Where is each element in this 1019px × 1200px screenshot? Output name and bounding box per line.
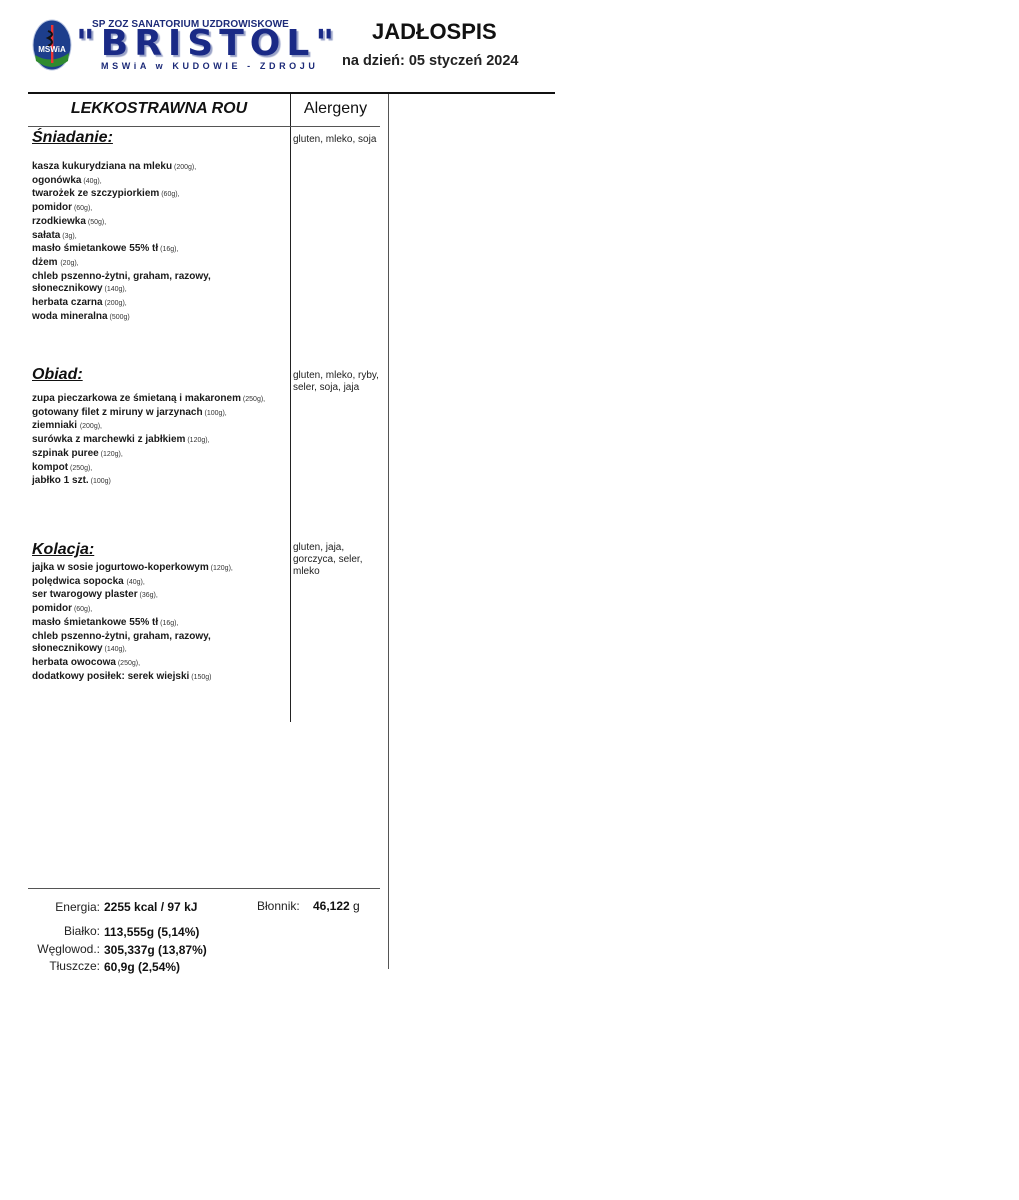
- meal-item: słonecznikowy (140g),: [32, 643, 233, 657]
- meal-item-quantity: (16g),: [158, 246, 178, 253]
- meal-title-lunch: Obiad:: [32, 366, 83, 384]
- allergens-dinner: gluten, jaja, gorczyca, seler, mleko: [293, 542, 379, 578]
- meal-item-quantity: (60g),: [72, 205, 92, 212]
- meal-item-name: gotowany filet z miruny w jarzynach: [32, 407, 203, 418]
- meal-item-quantity: (250g),: [116, 660, 140, 667]
- meal-item: ogonówka (40g),: [32, 175, 211, 189]
- meal-item-name: woda mineralna: [32, 311, 108, 322]
- mswia-emblem-icon: MSWiA: [32, 19, 72, 71]
- meal-item: kompot (250g),: [32, 462, 265, 476]
- meal-item: sałata (3g),: [32, 230, 211, 244]
- allergens-column-header: Alergeny: [291, 100, 380, 118]
- org-name: "BRISTOL": [76, 24, 340, 64]
- meal-item-name: surówka z marchewki z jabłkiem: [32, 434, 185, 445]
- meal-item-quantity: (140g),: [103, 286, 127, 293]
- meal-item: pomidor (60g),: [32, 603, 233, 617]
- meal-title-dinner: Kolacja:: [32, 541, 94, 559]
- meal-item-name: herbata owocowa: [32, 657, 116, 668]
- meal-item: jajka w sosie jogurtowo-koperkowym (120g…: [32, 562, 233, 576]
- meal-item-name: chleb pszenno-żytni, graham, razowy,: [32, 631, 211, 642]
- meal-item-name: dodatkowy posiłek: serek wiejski: [32, 671, 189, 682]
- meal-item-quantity: (500g): [108, 314, 130, 321]
- meal-item-quantity: (250g),: [68, 465, 92, 472]
- meal-item: chleb pszenno-żytni, graham, razowy,: [32, 271, 211, 284]
- fiber-label: Błonnik:: [257, 899, 300, 913]
- meal-item-quantity: (40g),: [126, 579, 144, 586]
- meal-item: szpinak puree (120g),: [32, 448, 265, 462]
- meal-item-name: kasza kukurydziana na mleku: [32, 161, 172, 172]
- nutrition-separator: [28, 888, 380, 889]
- protein-label: Białko:: [64, 924, 100, 938]
- meal-item-name: rzodkiewka: [32, 216, 86, 227]
- meal-item-name: jabłko 1 szt.: [32, 475, 89, 486]
- meal-item-name: jajka w sosie jogurtowo-koperkowym: [32, 562, 209, 573]
- meal-item-quantity: (120g),: [209, 565, 233, 572]
- meal-item: rzodkiewka (50g),: [32, 216, 211, 230]
- meal-item: słonecznikowy (140g),: [32, 283, 211, 297]
- carbs-label: Węglowod.:: [37, 942, 100, 956]
- meal-item-quantity: (200g),: [103, 300, 127, 307]
- meal-item: woda mineralna (500g): [32, 311, 211, 325]
- meal-item-name: pomidor: [32, 202, 72, 213]
- meal-items-dinner: jajka w sosie jogurtowo-koperkowym (120g…: [32, 562, 233, 684]
- meal-item-name: masło śmietankowe 55% tł: [32, 617, 158, 628]
- meal-item-quantity: (100g): [89, 478, 111, 485]
- column-divider: [290, 94, 291, 722]
- meal-item-name: sałata: [32, 230, 60, 241]
- meal-item: zupa pieczarkowa ze śmietaną i makaronem…: [32, 393, 265, 407]
- meal-item: polędwica sopocka (40g),: [32, 576, 233, 590]
- meal-item-name: herbata czarna: [32, 297, 103, 308]
- meal-item-quantity: (16g),: [158, 620, 178, 627]
- meal-item: pomidor (60g),: [32, 202, 211, 216]
- meal-item-quantity: (200g),: [80, 423, 102, 430]
- meal-item-name: dżem: [32, 257, 60, 268]
- meal-item-quantity: (150g): [189, 674, 211, 681]
- meal-item: ser twarogowy plaster (36g),: [32, 589, 233, 603]
- meal-item-quantity: (200g),: [172, 164, 196, 171]
- meal-item-name: ser twarogowy plaster: [32, 589, 138, 600]
- meal-items-lunch: zupa pieczarkowa ze śmietaną i makaronem…: [32, 393, 265, 489]
- meal-item: chleb pszenno-żytni, graham, razowy,: [32, 631, 233, 644]
- svg-text:MSWiA: MSWiA: [38, 45, 66, 54]
- meal-item-quantity: (250g),: [241, 396, 265, 403]
- energy-value: 2255 kcal / 97 kJ: [104, 900, 197, 914]
- fiber-unit: g: [353, 899, 360, 913]
- meal-item: masło śmietankowe 55% tł (16g),: [32, 617, 233, 631]
- meal-item: dżem (20g),: [32, 257, 211, 271]
- meal-item-name: szpinak puree: [32, 448, 99, 459]
- meal-item: herbata owocowa (250g),: [32, 657, 233, 671]
- fat-label: Tłuszcze:: [49, 959, 100, 973]
- meal-item-quantity: (60g),: [72, 606, 92, 613]
- meal-item: jabłko 1 szt. (100g): [32, 475, 265, 489]
- meal-item-name: masło śmietankowe 55% tł: [32, 243, 158, 254]
- meal-item-name: słonecznikowy: [32, 283, 103, 294]
- meal-item: gotowany filet z miruny w jarzynach (100…: [32, 407, 265, 421]
- allergens-lunch: gluten, mleko, ryby, seler, soja, jaja: [293, 370, 379, 394]
- meal-item-quantity: (60g),: [159, 191, 179, 198]
- carbs-value: 305,337g (13,87%): [104, 943, 207, 957]
- meal-item: ziemniaki (200g),: [32, 420, 265, 434]
- fat-value: 60,9g (2,54%): [104, 960, 180, 974]
- meal-item-name: twarożek ze szczypiorkiem: [32, 188, 159, 199]
- diet-column-header: LEKKOSTRAWNA ROU: [28, 100, 290, 118]
- meal-item-name: ziemniaki: [32, 420, 80, 431]
- meal-item-name: zupa pieczarkowa ze śmietaną i makaronem: [32, 393, 241, 404]
- meal-item-name: pomidor: [32, 603, 72, 614]
- meal-item: herbata czarna (200g),: [32, 297, 211, 311]
- meal-item: surówka z marchewki z jabłkiem (120g),: [32, 434, 265, 448]
- meal-item: twarożek ze szczypiorkiem (60g),: [32, 188, 211, 202]
- protein-value: 113,555g (5,14%): [104, 925, 199, 939]
- meal-item-quantity: (50g),: [86, 219, 106, 226]
- meal-title-breakfast: Śniadanie:: [32, 129, 113, 147]
- org-location: MSWiA w KUDOWIE - ZDROJU: [101, 61, 318, 71]
- meal-item-name: kompot: [32, 462, 68, 473]
- meal-item-name: ogonówka: [32, 175, 81, 186]
- meal-item-quantity: (100g),: [203, 410, 227, 417]
- meal-item-name: słonecznikowy: [32, 643, 103, 654]
- meal-item-quantity: (20g),: [60, 260, 78, 267]
- meal-item-quantity: (120g),: [99, 451, 123, 458]
- meal-item: kasza kukurydziana na mleku (200g),: [32, 161, 211, 175]
- top-rule: [28, 92, 555, 94]
- meal-item-quantity: (3g),: [60, 233, 76, 240]
- meal-item-quantity: (40g),: [81, 178, 101, 185]
- meal-item-name: chleb pszenno-żytni, graham, razowy,: [32, 271, 211, 282]
- fiber-value: 46,122 g: [313, 899, 360, 913]
- meal-item-quantity: (140g),: [103, 646, 127, 653]
- document-title: JADŁOSPIS: [372, 19, 497, 45]
- outer-right-border: [388, 94, 389, 969]
- meal-items-breakfast: kasza kukurydziana na mleku (200g),ogonó…: [32, 161, 211, 324]
- meal-item-quantity: (36g),: [138, 592, 158, 599]
- meal-item-quantity: (120g),: [185, 437, 209, 444]
- fiber-amount: 46,122: [313, 899, 350, 913]
- meal-item-name: polędwica sopocka: [32, 576, 126, 587]
- allergens-breakfast: gluten, mleko, soja: [293, 134, 379, 146]
- document-date: na dzień: 05 styczeń 2024: [342, 53, 519, 69]
- meal-item: dodatkowy posiłek: serek wiejski (150g): [32, 671, 233, 685]
- header-underline: [28, 126, 380, 127]
- energy-label: Energia:: [55, 900, 100, 914]
- meal-item: masło śmietankowe 55% tł (16g),: [32, 243, 211, 257]
